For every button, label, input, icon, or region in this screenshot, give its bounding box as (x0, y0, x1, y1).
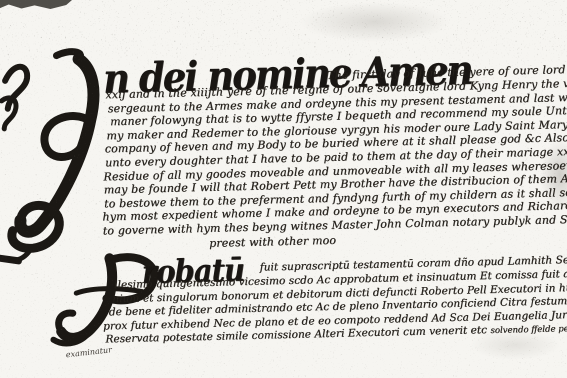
probate-appended-note: solvendo ffelde pecuniar etiam etc (490, 323, 567, 337)
illuminated-initial-I-flourish (0, 46, 116, 271)
manuscript-text-layer: n dei nomine Amen The first day of June … (0, 0, 567, 378)
manuscript-page: n dei nomine Amen The first day of June … (0, 0, 567, 378)
marginal-note: examinatur (65, 345, 112, 359)
will-closing-line: preest with other moo (209, 234, 336, 250)
